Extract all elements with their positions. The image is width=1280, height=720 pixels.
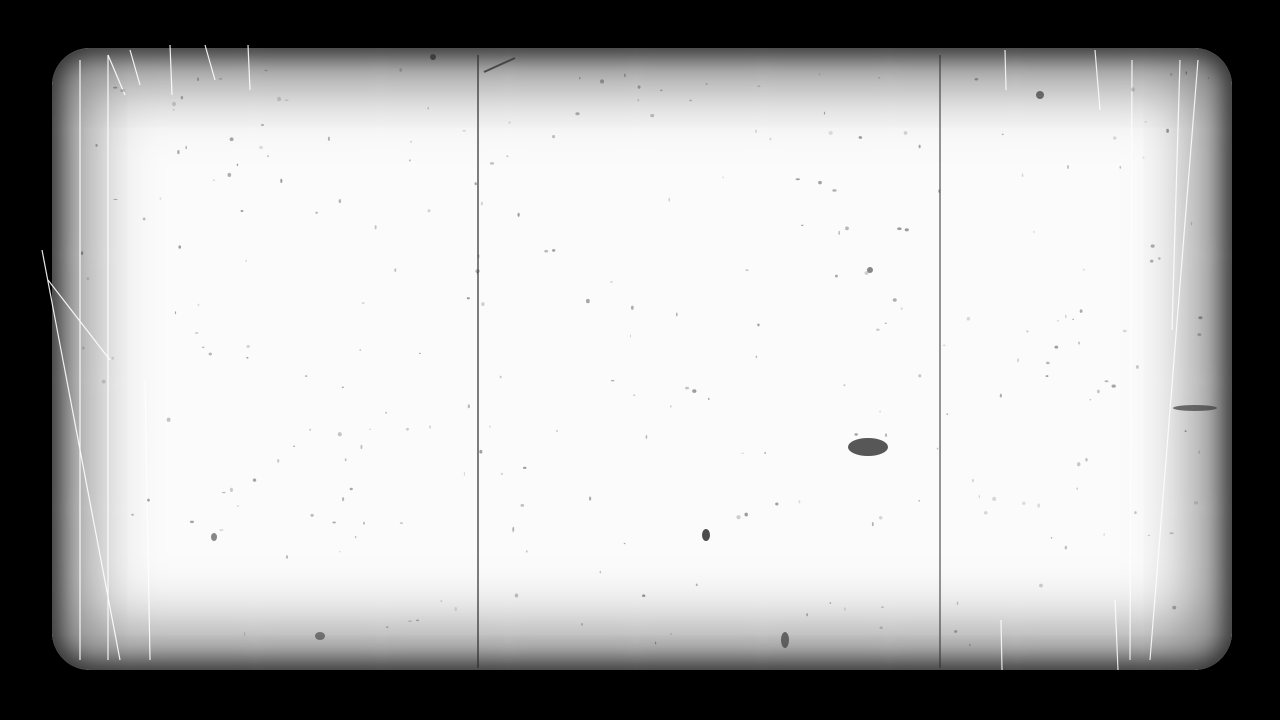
scratches-and-dust [0,0,1280,720]
